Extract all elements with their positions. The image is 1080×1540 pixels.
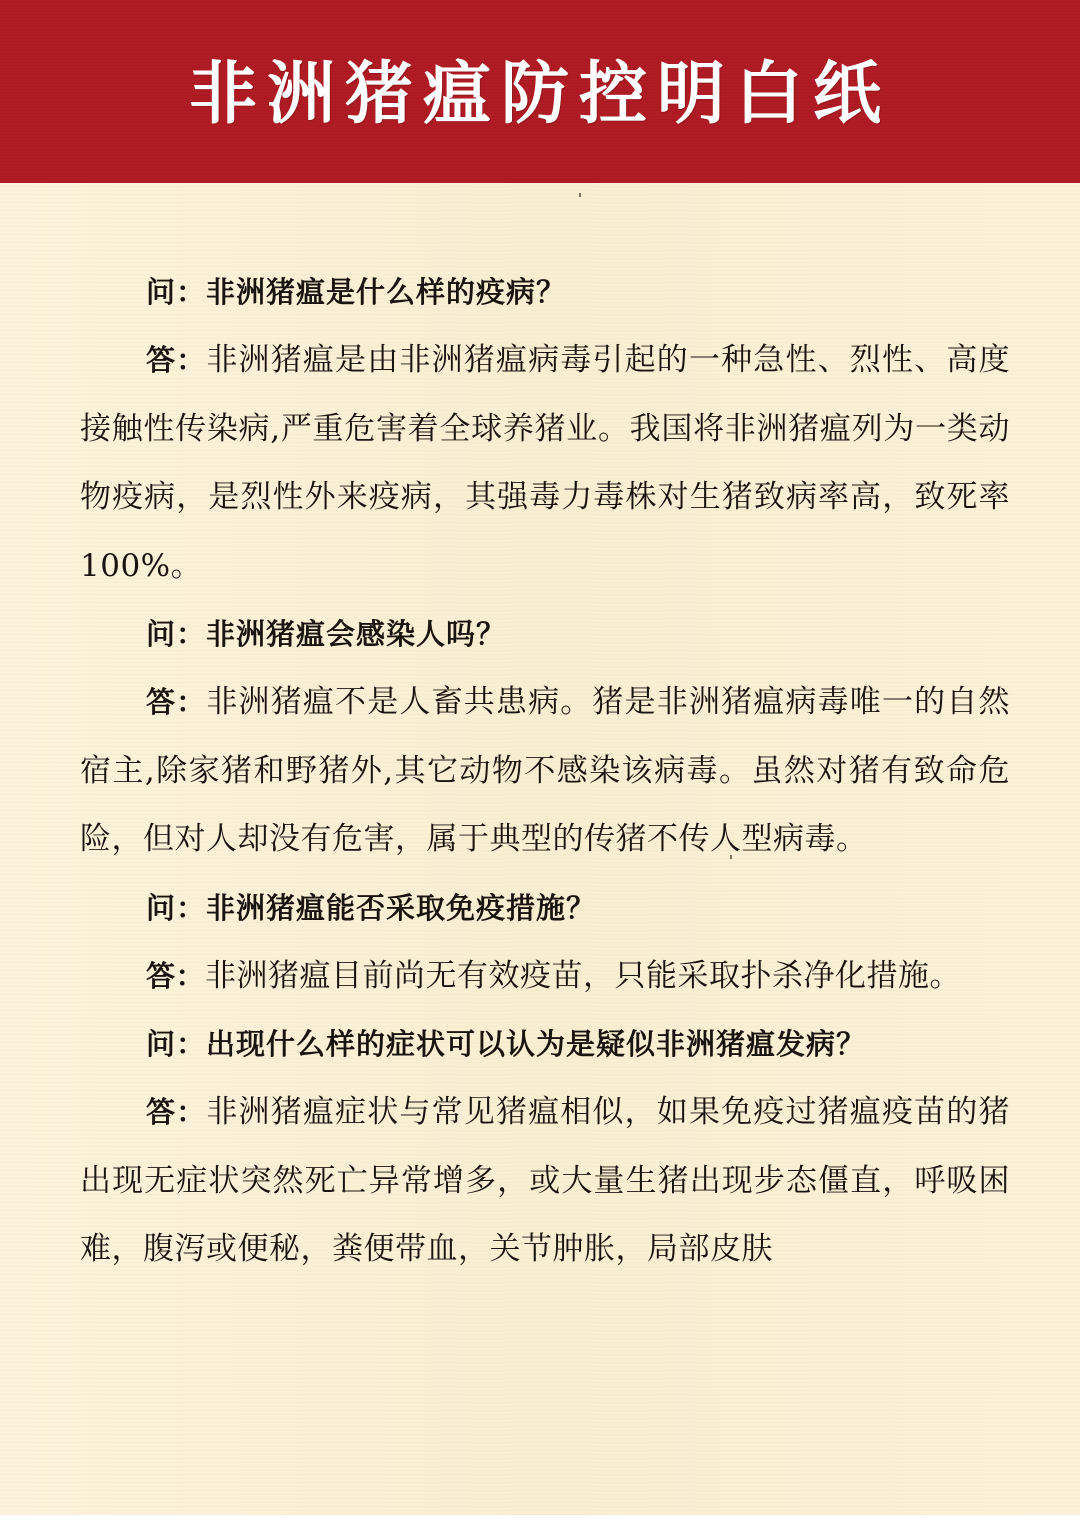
question-4: 问：出现什么样的症状可以认为是疑似非洲猪瘟发病？ xyxy=(80,1010,1010,1078)
answer-text: 非洲猪瘟不是人畜共患病。猪是非洲猪瘟病毒唯一的自然宿主,除家猪和野猪外,其它动物… xyxy=(80,684,1010,857)
question-prefix: 问： xyxy=(146,891,206,925)
question-prefix: 问： xyxy=(146,1027,206,1061)
answer-prefix: 答： xyxy=(80,685,206,719)
paper-speck xyxy=(579,193,581,197)
answer-4: 答：非洲猪瘟症状与常见猪瘟相似，如果免疫过猪瘟疫苗的猪出现无症状突然死亡异常增多… xyxy=(80,1078,1010,1284)
answer-prefix: 答： xyxy=(80,1095,206,1129)
qa-content: 问：非洲猪瘟是什么样的疫病？ 答：非洲猪瘟是由非洲猪瘟病毒引起的一种急性、烈性、… xyxy=(80,258,1010,1284)
question-2: 问：非洲猪瘟会感染人吗？ xyxy=(80,600,1010,668)
answer-prefix: 答： xyxy=(80,959,205,993)
question-text: 出现什么样的症状可以认为是疑似非洲猪瘟发病？ xyxy=(206,1027,866,1061)
answer-1: 答：非洲猪瘟是由非洲猪瘟病毒引起的一种急性、烈性、高度接触性传染病,严重危害着全… xyxy=(80,326,1010,600)
answer-text: 非洲猪瘟是由非洲猪瘟病毒引起的一种急性、烈性、高度接触性传染病,严重危害着全球养… xyxy=(80,342,1010,584)
answer-text: 非洲猪瘟症状与常见猪瘟相似，如果免疫过猪瘟疫苗的猪出现无症状突然死亡异常增多，或… xyxy=(80,1094,1010,1267)
page-title: 非洲猪瘟防控明白纸 xyxy=(189,40,891,137)
question-text: 非洲猪瘟能否采取免疫措施？ xyxy=(206,891,596,925)
question-text: 非洲猪瘟是什么样的疫病？ xyxy=(206,275,566,309)
answer-2: 答：非洲猪瘟不是人畜共患病。猪是非洲猪瘟病毒唯一的自然宿主,除家猪和野猪外,其它… xyxy=(80,668,1010,874)
answer-text: 非洲猪瘟目前尚无有效疫苗，只能采取扑杀净化措施。 xyxy=(205,958,961,994)
question-text: 非洲猪瘟会感染人吗？ xyxy=(206,617,506,651)
answer-prefix: 答： xyxy=(80,343,206,377)
question-1: 问：非洲猪瘟是什么样的疫病？ xyxy=(80,258,1010,326)
question-prefix: 问： xyxy=(146,275,206,309)
answer-3: 答：非洲猪瘟目前尚无有效疫苗，只能采取扑杀净化措施。 xyxy=(80,942,1010,1011)
question-prefix: 问： xyxy=(146,617,206,651)
title-banner: 非洲猪瘟防控明白纸 xyxy=(0,0,1080,183)
question-3: 问：非洲猪瘟能否采取免疫措施？ xyxy=(80,874,1010,942)
